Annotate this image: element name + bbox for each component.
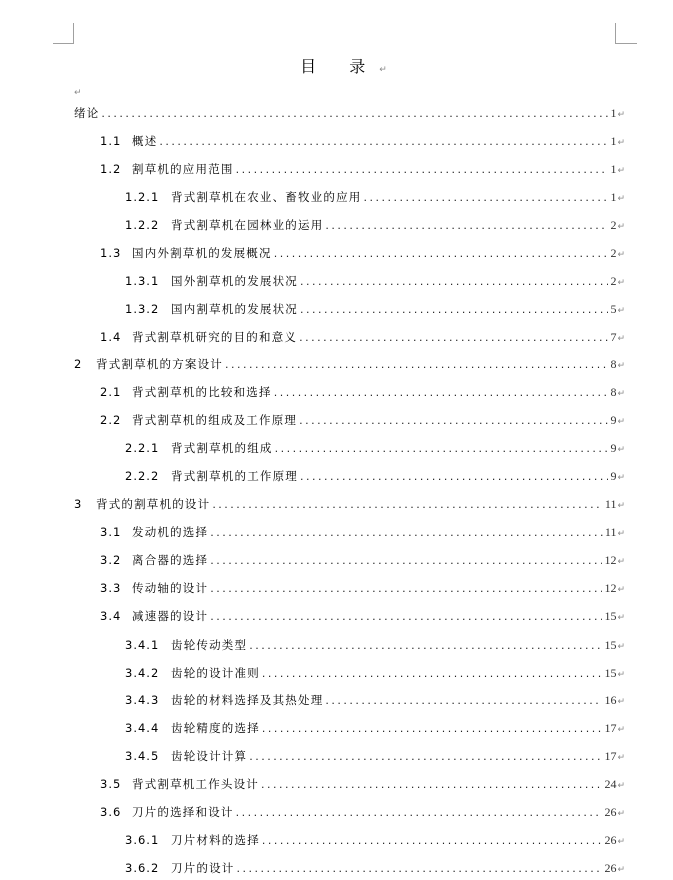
toc-entry-page: 15 bbox=[604, 609, 616, 624]
toc-entry-page: 17 bbox=[604, 749, 616, 764]
toc-leader-dots bbox=[236, 163, 609, 176]
toc-entry-number: 2.2 bbox=[100, 413, 132, 427]
toc-entry-page: 1 bbox=[610, 162, 616, 177]
toc-entry[interactable]: 3.4.2齿轮的设计准则15↵ bbox=[125, 665, 625, 683]
toc-entry-number: 1.2.2 bbox=[125, 218, 171, 232]
toc-entry-number: 2 bbox=[74, 357, 96, 371]
toc-entry-label: 国内外割草机的发展概况 bbox=[132, 245, 272, 261]
toc-entry[interactable]: 2.2.1背式割草机的组成9↵ bbox=[125, 440, 625, 458]
toc-entry-page: 12 bbox=[604, 553, 616, 568]
toc-entry-label: 齿轮传动类型 bbox=[171, 637, 247, 653]
toc-entry-number: 3.6.1 bbox=[125, 833, 171, 847]
paragraph-mark-icon: ↵ bbox=[617, 417, 625, 427]
paragraph-mark-icon: ↵ bbox=[617, 753, 625, 763]
toc-entry-label: 背式割草机在园林业的运用 bbox=[171, 217, 323, 233]
toc-entry-label: 国外割草机的发展状况 bbox=[171, 273, 298, 289]
toc-entry-page: 11 bbox=[605, 497, 617, 512]
paragraph-mark-icon: ↵ bbox=[617, 781, 625, 791]
toc-entry[interactable]: 1.3.1国外割草机的发展状况2↵ bbox=[125, 273, 625, 291]
toc-entry[interactable]: 3背式的割草机的设计11↵ bbox=[74, 496, 625, 514]
paragraph-mark-icon: ↵ bbox=[617, 557, 625, 567]
toc-entry[interactable]: 1.3.2国内割草机的发展状况5↵ bbox=[125, 301, 625, 319]
toc-entry-page: 26 bbox=[604, 833, 616, 848]
toc-entry-number: 1.2 bbox=[100, 162, 132, 176]
paragraph-mark-icon: ↵ bbox=[617, 585, 625, 595]
paragraph-mark-icon: ↵ bbox=[617, 110, 625, 120]
toc-entry[interactable]: 1.3国内外割草机的发展概况2↵ bbox=[100, 245, 625, 263]
toc-leader-dots bbox=[249, 639, 602, 652]
toc-entry-number: 3.2 bbox=[100, 553, 132, 567]
toc-entry-label: 刀片材料的选择 bbox=[171, 832, 260, 848]
toc-entry-number: 3.4.1 bbox=[125, 638, 171, 652]
toc-entry-page: 11 bbox=[605, 525, 617, 540]
toc-entry-number: 3.4 bbox=[100, 609, 132, 623]
toc-entry-page: 8 bbox=[610, 385, 616, 400]
toc-entry[interactable]: 3.5背式割草机工作头设计24↵ bbox=[100, 776, 625, 794]
toc-entry-label: 减速器的设计 bbox=[132, 608, 208, 624]
toc-entry-number: 1.3 bbox=[100, 246, 132, 260]
paragraph-mark-icon: ↵ bbox=[617, 361, 625, 371]
toc-entry-page: 9 bbox=[610, 413, 616, 428]
toc-entry-page: 8 bbox=[610, 357, 616, 372]
toc-entry[interactable]: 2.1背式割草机的比较和选择8↵ bbox=[100, 384, 625, 402]
paragraph-mark-icon: ↵ bbox=[617, 725, 625, 735]
toc-entry-number: 3.4.4 bbox=[125, 721, 171, 735]
toc-entry[interactable]: 3.4.5齿轮设计计算17↵ bbox=[125, 748, 625, 766]
toc-leader-dots bbox=[262, 722, 603, 735]
toc-entry-label: 齿轮精度的选择 bbox=[171, 720, 260, 736]
toc-entry-page: 7 bbox=[610, 330, 616, 345]
toc-entry-label: 齿轮设计计算 bbox=[171, 748, 247, 764]
toc-entry-page: 24 bbox=[604, 777, 616, 792]
toc-leader-dots bbox=[212, 498, 603, 511]
toc-entry-label: 背式割草机的工作原理 bbox=[171, 468, 298, 484]
toc-leader-dots bbox=[299, 331, 608, 344]
toc-title-text: 目 录 bbox=[300, 57, 379, 76]
toc-entry-number: 3.4.5 bbox=[125, 749, 171, 763]
toc-entry-label: 背式割草机的方案设计 bbox=[96, 356, 223, 372]
paragraph-mark-icon: ↵ bbox=[617, 445, 625, 455]
toc-leader-dots bbox=[274, 247, 609, 260]
toc-entry-number: 3.4.2 bbox=[125, 666, 171, 680]
toc-entry-page: 12 bbox=[604, 581, 616, 596]
toc-title: 目 录↵ bbox=[0, 54, 673, 77]
toc-entry-label: 齿轮的材料选择及其热处理 bbox=[171, 692, 323, 708]
toc-entry-number: 3 bbox=[74, 497, 96, 511]
paragraph-mark-icon: ↵ bbox=[617, 501, 625, 511]
paragraph-mark-icon: ↵ bbox=[617, 138, 625, 148]
toc-leader-dots bbox=[364, 191, 609, 204]
toc-entry[interactable]: 绪论1↵ bbox=[74, 105, 625, 123]
toc-leader-dots bbox=[210, 554, 602, 567]
toc-leader-dots bbox=[275, 442, 609, 455]
paragraph-mark-icon: ↵ bbox=[617, 473, 625, 483]
toc-leader-dots bbox=[300, 275, 608, 288]
paragraph-mark-icon: ↵ bbox=[617, 865, 625, 875]
toc-entry-number: 3.4.3 bbox=[125, 693, 171, 707]
toc-leader-dots bbox=[325, 219, 608, 232]
toc-entry-label: 齿轮的设计准则 bbox=[171, 665, 260, 681]
toc-entry[interactable]: 2.2.2背式割草机的工作原理9↵ bbox=[125, 468, 625, 486]
toc-entry-page: 1 bbox=[610, 106, 616, 121]
toc-leader-dots bbox=[210, 610, 602, 623]
toc-entry[interactable]: 3.6刀片的选择和设计26↵ bbox=[100, 804, 625, 822]
toc-entry-label: 绪论 bbox=[74, 105, 99, 121]
paragraph-mark-icon: ↵ bbox=[617, 529, 625, 539]
paragraph-mark-icon: ↵ bbox=[617, 194, 625, 204]
toc-leader-dots bbox=[249, 750, 602, 763]
toc-entry-label: 背式割草机在农业、畜牧业的应用 bbox=[171, 189, 362, 205]
toc-entry[interactable]: 1.2.2背式割草机在园林业的运用2↵ bbox=[125, 217, 625, 235]
paragraph-mark-icon: ↵ bbox=[617, 250, 625, 260]
toc-entry-label: 背式割草机的组成及工作原理 bbox=[132, 412, 297, 428]
toc-entry-label: 背式的割草机的设计 bbox=[96, 496, 210, 512]
toc-entry[interactable]: 3.6.2刀片的设计26↵ bbox=[125, 860, 625, 878]
toc-entry-page: 15 bbox=[604, 638, 616, 653]
toc-entry-number: 3.6 bbox=[100, 805, 132, 819]
toc-entry-number: 1.3.1 bbox=[125, 274, 171, 288]
toc-leader-dots bbox=[210, 582, 602, 595]
toc-leader-dots bbox=[325, 694, 602, 707]
toc-entry-label: 概述 bbox=[132, 133, 157, 149]
toc-entry-page: 1 bbox=[610, 134, 616, 149]
toc-entry-number: 3.5 bbox=[100, 777, 132, 791]
toc-leader-dots bbox=[262, 834, 603, 847]
paragraph-mark-icon: ↵ bbox=[617, 642, 625, 652]
paragraph-mark-icon: ↵ bbox=[617, 166, 625, 176]
toc-entry[interactable]: 1.2.1背式割草机在农业、畜牧业的应用1↵ bbox=[125, 189, 625, 207]
toc-entry[interactable]: 2.2背式割草机的组成及工作原理9↵ bbox=[100, 412, 625, 430]
toc-entry-page: 9 bbox=[610, 469, 616, 484]
paragraph-mark-icon: ↵ bbox=[617, 278, 625, 288]
toc-entry-page: 15 bbox=[604, 666, 616, 681]
toc-leader-dots bbox=[300, 470, 608, 483]
page-corner-mark-top-left bbox=[53, 23, 74, 44]
toc-leader-dots bbox=[300, 303, 608, 316]
toc-entry-page: 5 bbox=[610, 302, 616, 317]
paragraph-mark-icon: ↵ bbox=[617, 389, 625, 399]
toc-entry[interactable]: 3.3传动轴的设计12↵ bbox=[100, 580, 625, 598]
paragraph-mark-icon: ↵ bbox=[617, 837, 625, 847]
paragraph-mark-icon: ↵ bbox=[617, 334, 625, 344]
toc-entry[interactable]: 3.2离合器的选择12↵ bbox=[100, 552, 625, 570]
toc-entry-number: 2.2.2 bbox=[125, 469, 171, 483]
toc-entry-number: 1.1 bbox=[100, 134, 132, 148]
toc-entry[interactable]: 3.1发动机的选择11↵ bbox=[100, 524, 625, 542]
toc-entry-page: 2 bbox=[610, 274, 616, 289]
toc-entry[interactable]: 1.4背式割草机研究的目的和意义7↵ bbox=[100, 329, 625, 347]
toc-leader-dots bbox=[274, 386, 609, 399]
toc-entry-page: 2 bbox=[610, 218, 616, 233]
toc-entry-page: 1 bbox=[610, 190, 616, 205]
toc-entry[interactable]: 3.4.4齿轮精度的选择17↵ bbox=[125, 720, 625, 738]
toc-entry-number: 1.3.2 bbox=[125, 302, 171, 316]
toc-leader-dots bbox=[299, 414, 608, 427]
toc-entry-number: 2.2.1 bbox=[125, 441, 171, 455]
toc-leader-dots bbox=[210, 526, 603, 539]
toc-leader-dots bbox=[236, 806, 603, 819]
toc-leader-dots bbox=[101, 107, 608, 120]
toc-entry-label: 背式割草机研究的目的和意义 bbox=[132, 329, 297, 345]
paragraph-mark-icon: ↵ bbox=[617, 809, 625, 819]
toc-entry-number: 2.1 bbox=[100, 385, 132, 399]
toc-entry-page: 2 bbox=[610, 246, 616, 261]
toc-leader-dots bbox=[159, 135, 608, 148]
empty-paragraph-mark-icon: ↵ bbox=[74, 88, 82, 98]
paragraph-mark-icon: ↵ bbox=[617, 222, 625, 232]
toc-entry-label: 国内割草机的发展状况 bbox=[171, 301, 298, 317]
toc-leader-dots bbox=[237, 862, 603, 875]
toc-entry[interactable]: 3.4.3齿轮的材料选择及其热处理16↵ bbox=[125, 692, 625, 710]
toc-leader-dots bbox=[225, 358, 608, 371]
toc-entry-label: 割草机的应用范围 bbox=[132, 161, 234, 177]
paragraph-mark-icon: ↵ bbox=[617, 697, 625, 707]
toc-entry-number: 3.3 bbox=[100, 581, 132, 595]
toc-entry[interactable]: 1.2割草机的应用范围1↵ bbox=[100, 161, 625, 179]
toc-entry[interactable]: 3.4减速器的设计15↵ bbox=[100, 608, 625, 626]
page-corner-mark-top-right bbox=[615, 23, 637, 44]
toc-entry-label: 背式割草机工作头设计 bbox=[132, 776, 259, 792]
toc-leader-dots bbox=[261, 778, 602, 791]
toc-entry-page: 26 bbox=[604, 861, 616, 876]
toc-entry-number: 3.6.2 bbox=[125, 861, 171, 875]
toc-entry-label: 刀片的选择和设计 bbox=[132, 804, 234, 820]
toc-entry[interactable]: 1.1概述1↵ bbox=[100, 133, 625, 151]
toc-entry-label: 刀片的设计 bbox=[171, 860, 235, 876]
toc-entry-label: 背式割草机的组成 bbox=[171, 440, 273, 456]
toc-entry[interactable]: 2背式割草机的方案设计8↵ bbox=[74, 356, 625, 374]
toc-leader-dots bbox=[262, 667, 603, 680]
toc-entry-label: 传动轴的设计 bbox=[132, 580, 208, 596]
toc-entry-number: 1.2.1 bbox=[125, 190, 171, 204]
toc-entry[interactable]: 3.4.1齿轮传动类型15↵ bbox=[125, 637, 625, 655]
toc-entry-label: 背式割草机的比较和选择 bbox=[132, 384, 272, 400]
toc-entry-page: 26 bbox=[604, 805, 616, 820]
toc-entry[interactable]: 3.6.1刀片材料的选择26↵ bbox=[125, 832, 625, 850]
toc-entry-label: 发动机的选择 bbox=[132, 524, 208, 540]
paragraph-mark-icon: ↵ bbox=[379, 65, 387, 75]
toc-entry-number: 1.4 bbox=[100, 330, 132, 344]
toc-entry-page: 9 bbox=[610, 441, 616, 456]
toc-entry-number: 3.1 bbox=[100, 525, 132, 539]
toc-entry-page: 16 bbox=[604, 693, 616, 708]
toc-entry-page: 17 bbox=[604, 721, 616, 736]
toc-entry-label: 离合器的选择 bbox=[132, 552, 208, 568]
paragraph-mark-icon: ↵ bbox=[617, 613, 625, 623]
paragraph-mark-icon: ↵ bbox=[617, 306, 625, 316]
paragraph-mark-icon: ↵ bbox=[617, 670, 625, 680]
